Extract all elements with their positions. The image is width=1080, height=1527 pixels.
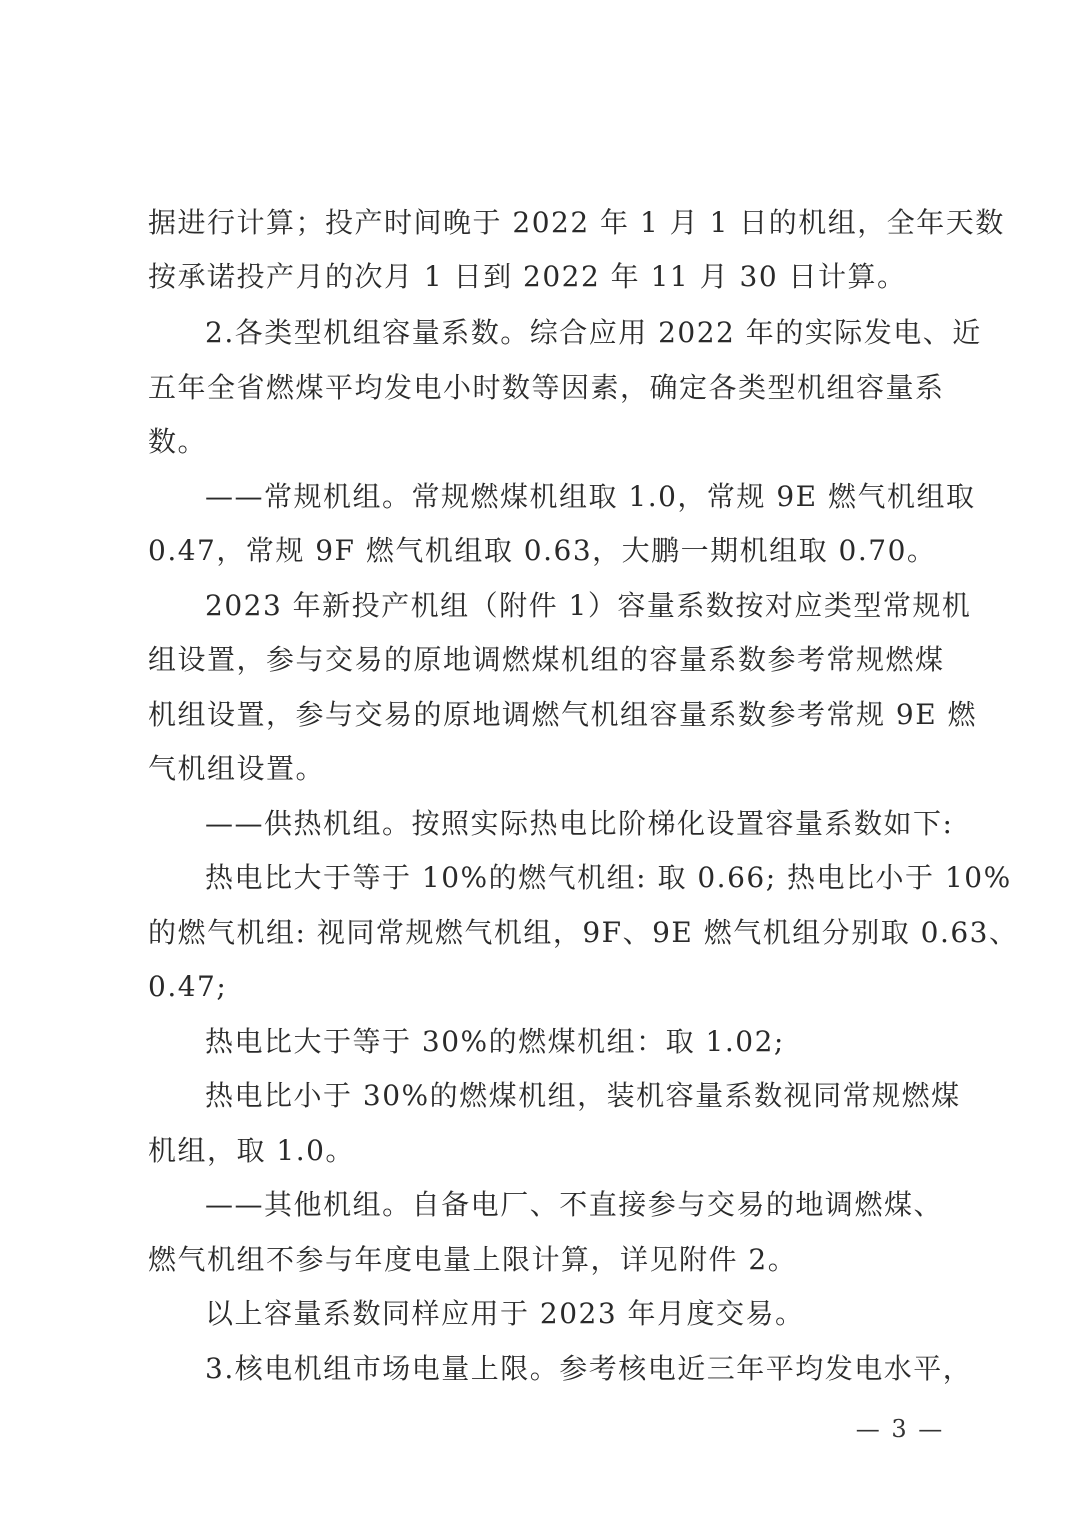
text-line: 据进行计算；投产时间晚于 2022 年 1 月 1 日的机组，全年天数 — [148, 203, 943, 243]
text-line: ——常规机组。常规燃煤机组取 1.0，常规 9E 燃气机组取 — [205, 477, 943, 517]
text-line: 按承诺投产月的次月 1 日到 2022 年 11 月 30 日计算。 — [148, 257, 943, 297]
text-line: 的燃气机组: 视同常规燃气机组，9F、9E 燃气机组分别取 0.63、 — [148, 913, 943, 953]
text-line: 2023 年新投产机组（附件 1）容量系数按对应类型常规机 — [205, 586, 943, 626]
text-line: 组设置，参与交易的原地调燃煤机组的容量系数参考常规燃煤 — [148, 640, 943, 680]
text-line: 燃气机组不参与年度电量上限计算，详见附件 2。 — [148, 1240, 943, 1280]
text-line: ——供热机组。按照实际热电比阶梯化设置容量系数如下: — [205, 804, 943, 844]
text-line: 热电比小于 30%的燃煤机组，装机容量系数视同常规燃煤 — [205, 1076, 943, 1116]
text-line: 机组设置，参与交易的原地调燃气机组容量系数参考常规 9E 燃 — [148, 695, 943, 735]
text-line: 热电比大于等于 10%的燃气机组: 取 0.66; 热电比小于 10% — [205, 858, 943, 898]
text-line: ——其他机组。自备电厂、不直接参与交易的地调燃煤、 — [205, 1185, 943, 1225]
text-line: 数。 — [148, 422, 943, 462]
text-line: 2.各类型机组容量系数。综合应用 2022 年的实际发电、近 — [205, 313, 943, 353]
text-line: 机组，取 1.0。 — [148, 1131, 943, 1171]
document-page: 据进行计算；投产时间晚于 2022 年 1 月 1 日的机组，全年天数 按承诺投… — [0, 0, 1080, 1527]
text-line: 0.47，常规 9F 燃气机组取 0.63，大鹏一期机组取 0.70。 — [148, 531, 943, 571]
text-line: 五年全省燃煤平均发电小时数等因素，确定各类型机组容量系 — [148, 368, 943, 408]
text-line: 气机组设置。 — [148, 749, 943, 789]
text-line: 以上容量系数同样应用于 2023 年月度交易。 — [205, 1294, 943, 1334]
text-line: 3.核电机组市场电量上限。参考核电近三年平均发电水平， — [205, 1349, 943, 1389]
page-number: — 3 — — [855, 1412, 945, 1446]
text-line: 热电比大于等于 30%的燃煤机组：取 1.02; — [205, 1022, 943, 1062]
text-line: 0.47; — [148, 967, 943, 1007]
